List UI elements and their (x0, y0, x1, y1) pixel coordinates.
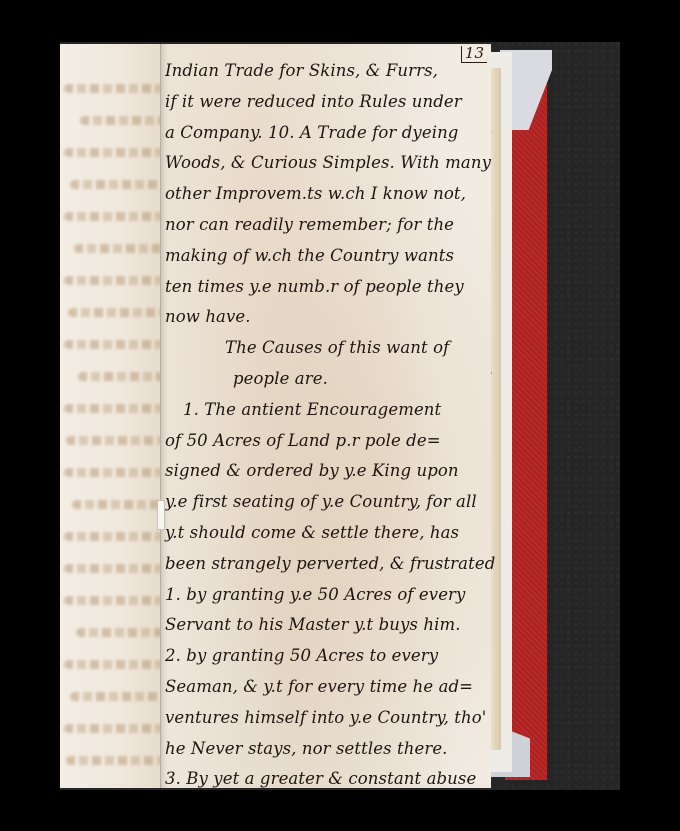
text-line: Servant to his Master y.t buys him. (165, 610, 483, 641)
section-heading: The Causes of this want of (165, 333, 483, 364)
text-line: 1. The antient Encouragement (165, 395, 483, 426)
text-line: 1. by granting y.e 50 Acres of every (165, 580, 483, 611)
text-line: 2. by granting 50 Acres to every (165, 641, 483, 672)
text-line: signed & ordered by y.e King upon (165, 456, 483, 487)
text-line: other Improvem.ts w.ch I know not, (165, 179, 483, 210)
text-line: y.e first seating of y.e Country, for al… (165, 487, 483, 518)
text-line: making of w.ch the Country wants (165, 241, 483, 272)
text-line: if it were reduced into Rules under (165, 87, 483, 118)
text-line: ventures himself into y.e Country, tho' (165, 703, 483, 734)
text-line: y.t should come & settle there, has (165, 518, 483, 549)
manuscript-photo: 2 g u 3 99 e 8 c 13 I (60, 42, 620, 790)
left-page-bleed-through (60, 44, 163, 788)
handwritten-text: Indian Trade for Skins, & Furrs, if it w… (165, 56, 483, 790)
text-line: of 50 Acres of Land p.r pole de= (165, 426, 483, 457)
text-line: nor can readily remember; for the (165, 210, 483, 241)
text-line: Woods, & Curious Simples. With many (165, 148, 483, 179)
text-line: been strangely perverted, & frustrated (165, 549, 483, 580)
manuscript-page: 13 Indian Trade for Skins, & Furrs, if i… (160, 44, 491, 788)
text-line: a Company. 10. A Trade for dyeing (165, 118, 483, 149)
text-line: Seaman, & y.t for every time he ad= (165, 672, 483, 703)
text-line: 3. By yet a greater & constant abuse (165, 764, 483, 790)
binding-stitch (157, 500, 165, 530)
text-line: Indian Trade for Skins, & Furrs, (165, 56, 483, 87)
text-line: he Never stays, nor settles there. (165, 734, 483, 765)
text-line: ten times y.e numb.r of people they (165, 272, 483, 303)
section-heading: people are. (165, 364, 483, 395)
text-line: now have. (165, 302, 483, 333)
